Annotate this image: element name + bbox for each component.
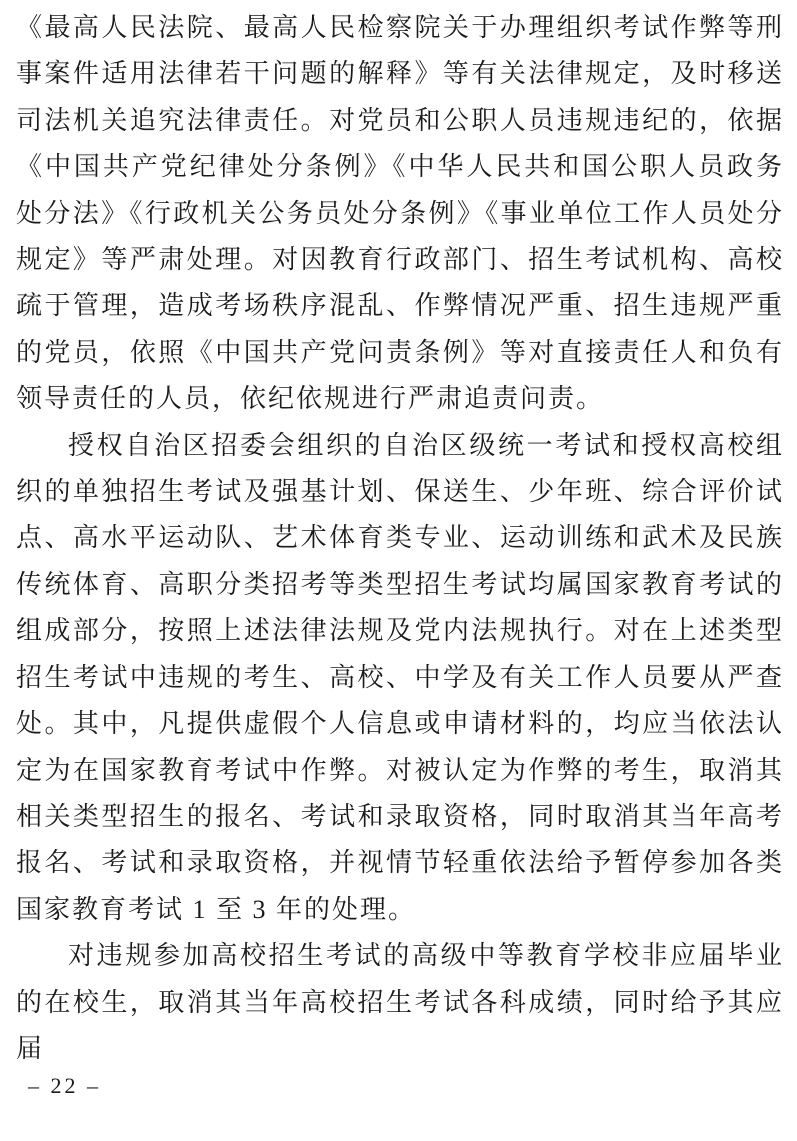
paragraph: 授权自治区招委会组织的自治区级统一考试和授权高校组织的单独招生考试及强基计划、保… [16,423,784,933]
paragraph-continued: 《最高人民法院、最高人民检察院关于办理组织考试作弊等刑事案件适用法律若干问题的解… [16,5,784,423]
document-page: 《最高人民法院、最高人民检察院关于办理组织考试作弊等刑事案件适用法律若干问题的解… [0,0,797,1141]
paragraph: 对违规参加高校招生考试的高级中等教育学校非应届毕业的在校生，取消其当年高校招生考… [16,933,784,1072]
document-body: 《最高人民法院、最高人民检察院关于办理组织考试作弊等刑事案件适用法律若干问题的解… [16,5,784,1072]
page-number: – 22 – [28,1073,101,1099]
